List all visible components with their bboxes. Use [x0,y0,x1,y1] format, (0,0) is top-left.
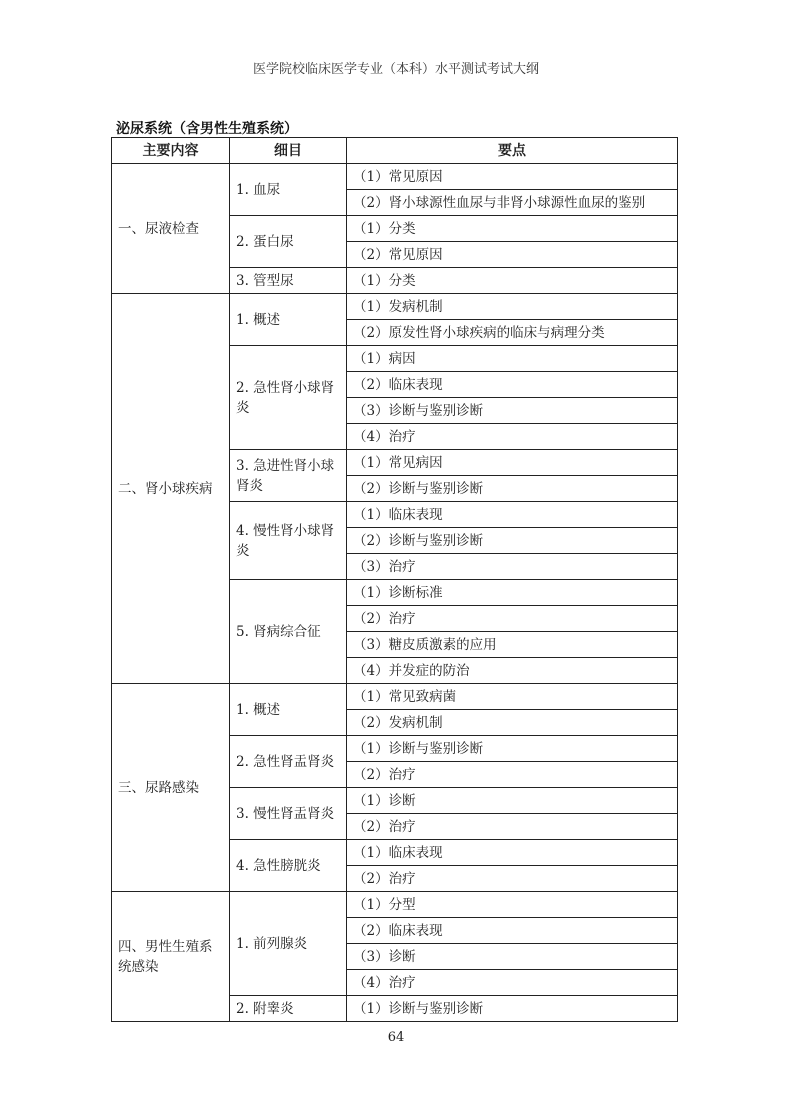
key-point-cell: （3）治疗 [347,554,678,580]
page-number: 64 [0,1030,792,1045]
detail-cell: 2. 急性肾小球肾炎 [230,346,347,450]
key-point-cell: （2）肾小球源性血尿与非肾小球源性血尿的鉴别 [347,190,678,216]
key-point-cell: （2）常见原因 [347,242,678,268]
detail-cell: 5. 肾病综合征 [230,580,347,684]
main-content-cell: 四、男性生殖系统感染 [112,892,230,1022]
header-key-points: 要点 [347,138,678,164]
key-point-cell: （1）诊断与鉴别诊断 [347,736,678,762]
key-point-cell: （3）糖皮质激素的应用 [347,632,678,658]
key-point-cell: （1）发病机制 [347,294,678,320]
key-point-cell: （3）诊断 [347,944,678,970]
header-main-content: 主要内容 [112,138,230,164]
table-header-row: 主要内容 细目 要点 [112,138,678,164]
key-point-cell: （2）临床表现 [347,918,678,944]
key-point-cell: （1）临床表现 [347,502,678,528]
key-point-cell: （2）治疗 [347,866,678,892]
exam-outline-table: 主要内容 细目 要点 一、尿液检查1. 血尿（1）常见原因（2）肾小球源性血尿与… [111,137,678,1022]
key-point-cell: （2）诊断与鉴别诊断 [347,476,678,502]
section-title: 泌尿系统（含男性生殖系统） [116,118,298,138]
detail-cell: 1. 血尿 [230,164,347,216]
table-row: 一、尿液检查1. 血尿（1）常见原因 [112,164,678,190]
key-point-cell: （1）诊断标准 [347,580,678,606]
key-point-cell: （1）分类 [347,216,678,242]
main-content-cell: 二、肾小球疾病 [112,294,230,684]
key-point-cell: （2）诊断与鉴别诊断 [347,528,678,554]
key-point-cell: （1）常见原因 [347,164,678,190]
key-point-cell: （2）临床表现 [347,372,678,398]
detail-cell: 1. 概述 [230,684,347,736]
key-point-cell: （1）分类 [347,268,678,294]
running-header: 医学院校临床医学专业（本科）水平测试考试大纲 [0,58,792,77]
detail-cell: 2. 蛋白尿 [230,216,347,268]
table-row: 四、男性生殖系统感染1. 前列腺炎（1）分型 [112,892,678,918]
detail-cell: 3. 管型尿 [230,268,347,294]
key-point-cell: （4）治疗 [347,424,678,450]
key-point-cell: （2）发病机制 [347,710,678,736]
key-point-cell: （1）常见病因 [347,450,678,476]
header-detail: 细目 [230,138,347,164]
key-point-cell: （1）常见致病菌 [347,684,678,710]
key-point-cell: （4）治疗 [347,970,678,996]
key-point-cell: （4）并发症的防治 [347,658,678,684]
key-point-cell: （2）原发性肾小球疾病的临床与病理分类 [347,320,678,346]
table-body: 一、尿液检查1. 血尿（1）常见原因（2）肾小球源性血尿与非肾小球源性血尿的鉴别… [112,164,678,1022]
key-point-cell: （1）诊断与鉴别诊断 [347,996,678,1022]
key-point-cell: （1）诊断 [347,788,678,814]
detail-cell: 4. 慢性肾小球肾炎 [230,502,347,580]
main-content-cell: 一、尿液检查 [112,164,230,294]
key-point-cell: （1）病因 [347,346,678,372]
table-row: 三、尿路感染1. 概述（1）常见致病菌 [112,684,678,710]
key-point-cell: （2）治疗 [347,762,678,788]
detail-cell: 2. 附睾炎 [230,996,347,1022]
table-row: 二、肾小球疾病1. 概述（1）发病机制 [112,294,678,320]
detail-cell: 1. 前列腺炎 [230,892,347,996]
main-content-cell: 三、尿路感染 [112,684,230,892]
key-point-cell: （2）治疗 [347,814,678,840]
key-point-cell: （1）临床表现 [347,840,678,866]
detail-cell: 1. 概述 [230,294,347,346]
key-point-cell: （2）治疗 [347,606,678,632]
detail-cell: 4. 急性膀胱炎 [230,840,347,892]
key-point-cell: （1）分型 [347,892,678,918]
detail-cell: 3. 急进性肾小球肾炎 [230,450,347,502]
detail-cell: 2. 急性肾盂肾炎 [230,736,347,788]
key-point-cell: （3）诊断与鉴别诊断 [347,398,678,424]
detail-cell: 3. 慢性肾盂肾炎 [230,788,347,840]
